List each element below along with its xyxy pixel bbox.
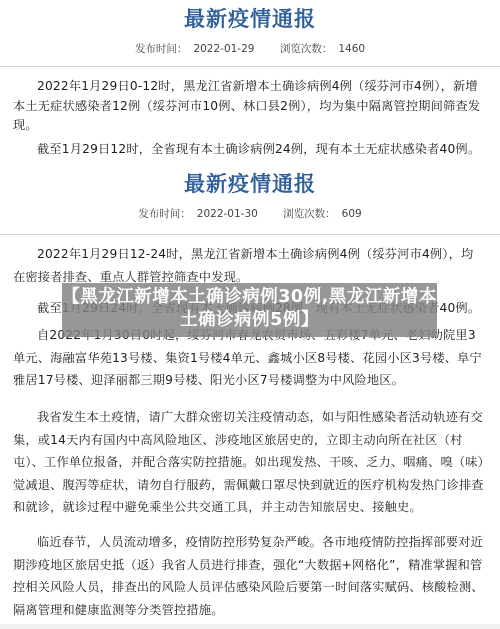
- view-count: 浏览次数：609: [280, 208, 365, 220]
- views-value: 1460: [338, 43, 365, 55]
- paragraph: 2022年1月29日12-24时，黑龙江省新增本土确诊病例4例（绥芬河市4例），…: [13, 243, 485, 288]
- notice-header-2: 最新疫情通报 发布时间：2022-01-30 浏览次数：609: [0, 171, 500, 221]
- views-label: 浏览次数：: [280, 43, 333, 55]
- view-count: 浏览次数：1460: [277, 43, 368, 55]
- publish-time: 发布时间：2022-01-29: [132, 43, 258, 55]
- publish-time: 发布时间：2022-01-30: [135, 208, 261, 220]
- paragraph: 截至1月29日12时，全省现有本土确诊病例24例，现有本土无症状感染者40例。: [13, 140, 485, 160]
- publish-date: 2022-01-29: [193, 43, 254, 55]
- notice-meta: 发布时间：2022-01-30 浏览次数：609: [0, 207, 500, 221]
- document-page: 最新疫情通报 发布时间：2022-01-29 浏览次数：1460 2022年1月…: [0, 0, 500, 629]
- views-label: 浏览次数：: [283, 208, 336, 220]
- divider: [0, 66, 500, 67]
- divider: [0, 234, 500, 235]
- notice-meta: 发布时间：2022-01-29 浏览次数：1460: [0, 42, 500, 56]
- views-value: 609: [342, 208, 362, 220]
- paragraph: 我省发生本土疫情，请广大群众密切关注疫情动态，如与阳性感染者活动轨迹有交集，或1…: [13, 406, 485, 519]
- bottom-strip: [0, 624, 500, 629]
- headline-overlay-banner: 【黑龙江新增本土确诊病例30例,黑龙江新增本土确诊病例5例】: [62, 283, 437, 337]
- notice-title: 最新疫情通报: [0, 6, 500, 32]
- notice-title: 最新疫情通报: [0, 171, 500, 197]
- paragraph: 2022年1月29日0-12时，黑龙江省新增本土确诊病例4例（绥芬河市4例），新…: [13, 77, 485, 136]
- publish-label: 发布时间：: [138, 208, 191, 220]
- publish-label: 发布时间：: [135, 43, 188, 55]
- notice-header-1: 最新疫情通报 发布时间：2022-01-29 浏览次数：1460: [0, 6, 500, 56]
- publish-date: 2022-01-30: [197, 208, 258, 220]
- paragraph: 临近春节，人员流动增多，疫情防控形势复杂严峻。各市地疫情防控指挥部要对近期涉疫地…: [13, 531, 485, 621]
